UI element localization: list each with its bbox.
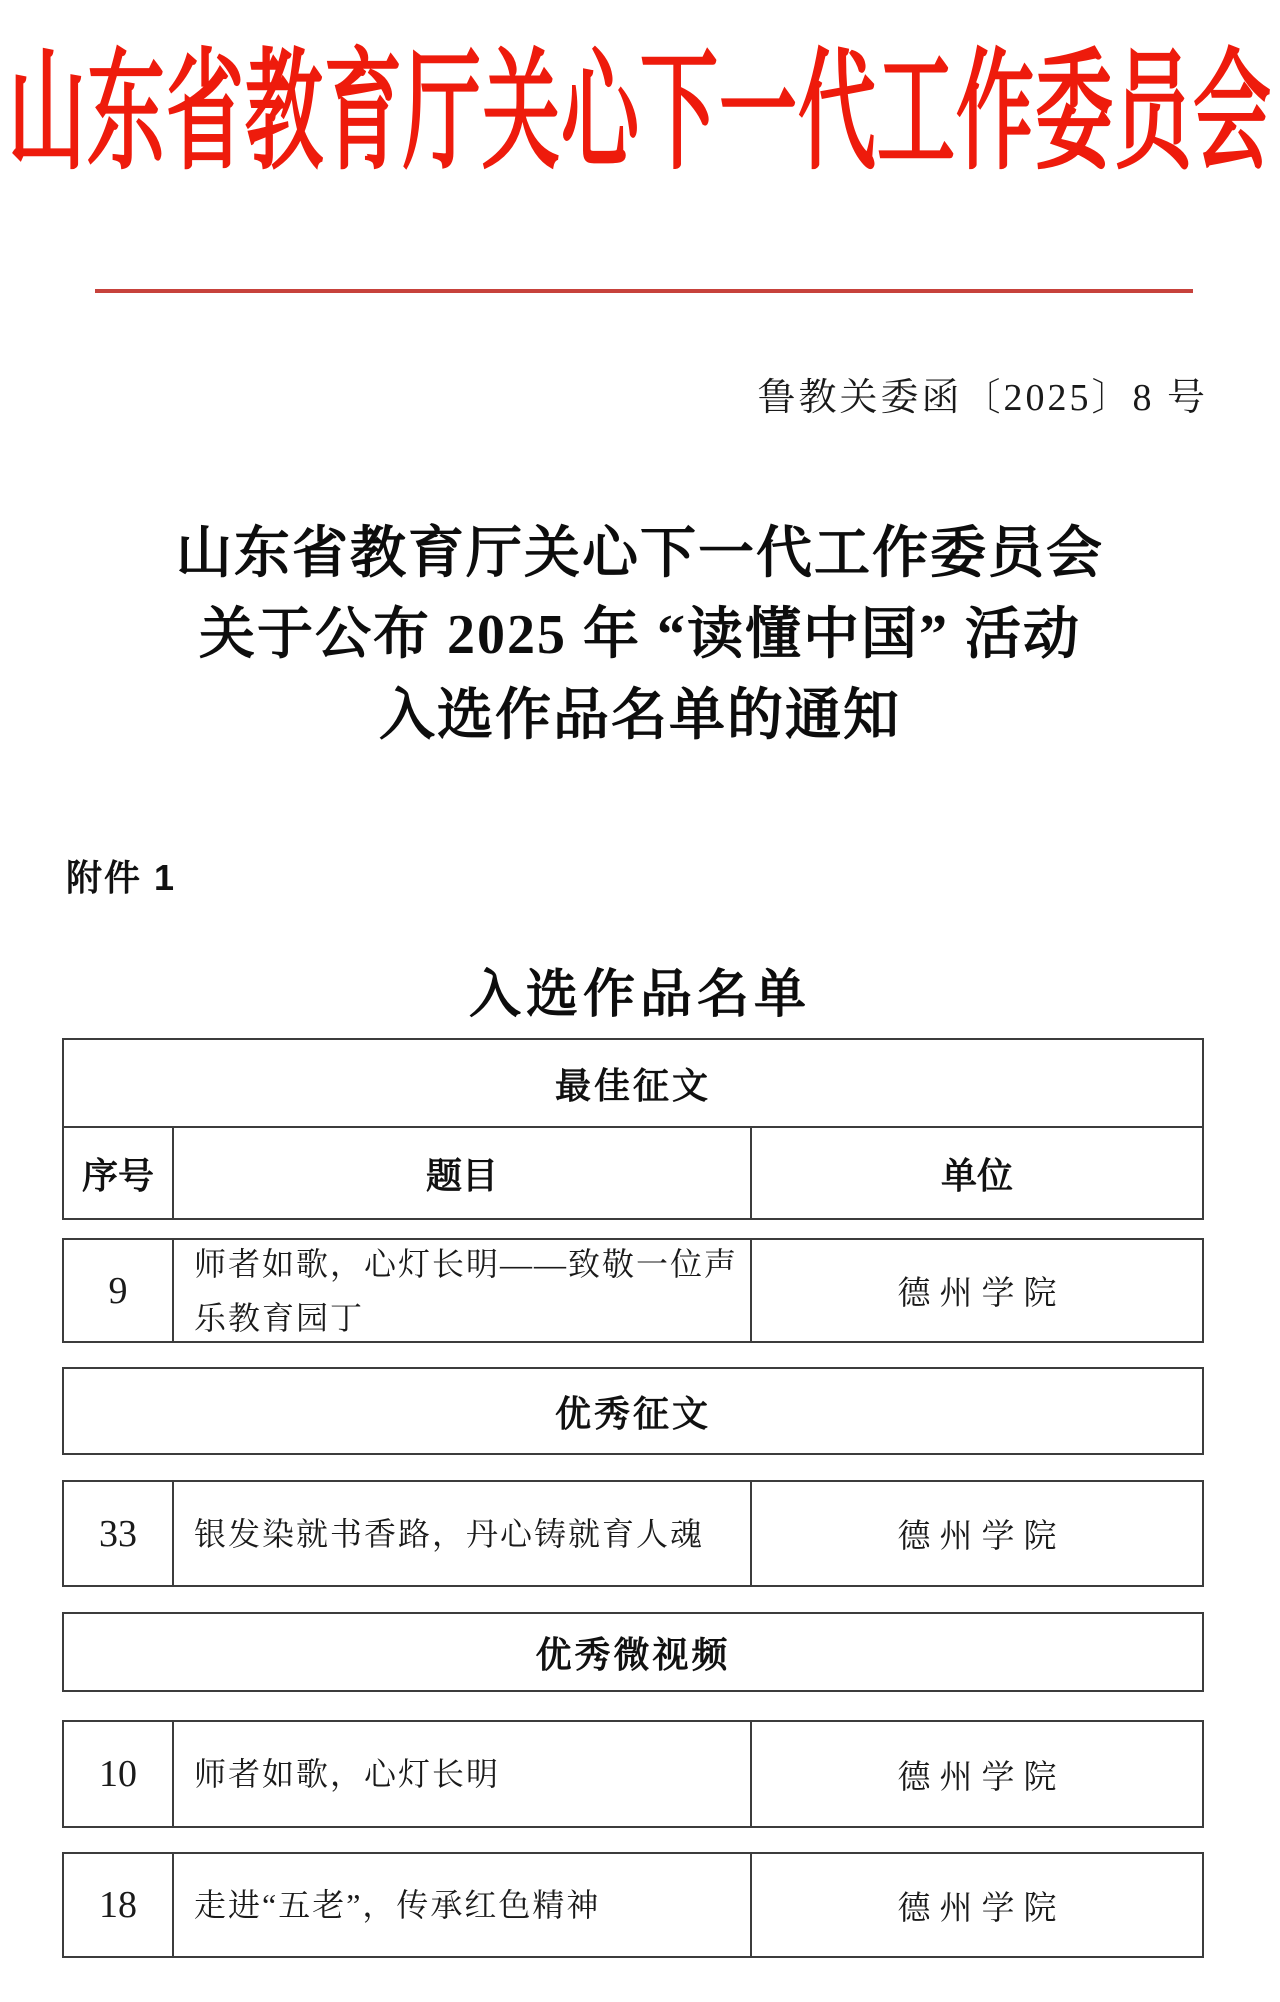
notice-title-line-2: 关于公布 2025 年 “读懂中国” 活动 (0, 595, 1280, 676)
section-header-excellent-videos: 优秀微视频 (64, 1614, 1202, 1690)
attachment-label: 附件 1 (66, 850, 176, 901)
table-row-content: 9 师者如歌，心灯长明——致敬一位声乐教育园丁 德州学院 (64, 1240, 1202, 1341)
row-number-cell: 9 (64, 1240, 174, 1341)
table-section-excellent-videos: 优秀微视频 (62, 1612, 1204, 1692)
table-row-content: 33 银发染就书香路，丹心铸就育人魂 德州学院 (64, 1482, 1202, 1585)
table-section-best-essays: 最佳征文 序号 题目 单位 (62, 1038, 1204, 1220)
column-header-unit: 单位 (752, 1128, 1202, 1218)
row-unit-cell: 德州学院 (752, 1722, 1202, 1826)
notice-title-line-3: 入选作品名单的通知 (0, 676, 1280, 757)
row-title-cell: 走进“五老”，传承红色精神 (174, 1854, 752, 1956)
notice-title: 山东省教育厅关心下一代工作委员会 关于公布 2025 年 “读懂中国” 活动 入… (0, 514, 1280, 757)
section-header-label: 最佳征文 (555, 1058, 711, 1109)
row-number-cell: 10 (64, 1722, 174, 1826)
document-number: 鲁教关委函〔2025〕8 号 (757, 366, 1208, 421)
document-page: 山东省教育厅关心下一代工作委员会 鲁教关委函〔2025〕8 号 山东省教育厅关心… (0, 0, 1280, 2002)
notice-title-line-1: 山东省教育厅关心下一代工作委员会 (0, 514, 1280, 595)
section-header-excellent-essays: 优秀征文 (64, 1369, 1202, 1453)
letterhead-title: 山东省教育厅关心下一代工作委员会 (0, 46, 1280, 180)
table-section-excellent-essays: 优秀征文 (62, 1367, 1204, 1455)
table-row: 10 师者如歌，心灯长明 德州学院 (62, 1720, 1204, 1828)
column-header-number: 序号 (64, 1128, 174, 1218)
row-number-cell: 33 (64, 1482, 174, 1585)
table-row: 18 走进“五老”，传承红色精神 德州学院 (62, 1852, 1204, 1958)
row-title-cell: 师者如歌，心灯长明——致敬一位声乐教育园丁 (174, 1240, 752, 1341)
table-row: 33 银发染就书香路，丹心铸就育人魂 德州学院 (62, 1480, 1204, 1587)
column-header-row: 序号 题目 单位 (64, 1126, 1202, 1218)
row-unit-cell: 德州学院 (752, 1854, 1202, 1956)
row-title-cell: 银发染就书香路，丹心铸就育人魂 (174, 1482, 752, 1585)
red-divider (95, 289, 1193, 293)
row-unit-cell: 德州学院 (752, 1482, 1202, 1585)
row-number-cell: 18 (64, 1854, 174, 1956)
section-header-best-essays: 最佳征文 (64, 1040, 1202, 1126)
row-title-cell: 师者如歌，心灯长明 (174, 1722, 752, 1826)
row-unit-cell: 德州学院 (752, 1240, 1202, 1341)
table-row-content: 18 走进“五老”，传承红色精神 德州学院 (64, 1854, 1202, 1956)
table-row: 9 师者如歌，心灯长明——致敬一位声乐教育园丁 德州学院 (62, 1238, 1204, 1343)
table-row-content: 10 师者如歌，心灯长明 德州学院 (64, 1722, 1202, 1826)
section-header-label: 优秀征文 (555, 1386, 711, 1437)
selected-works-list-title: 入选作品名单 (0, 952, 1280, 1027)
column-header-title: 题目 (174, 1128, 752, 1218)
selected-works-table: 最佳征文 序号 题目 单位 9 师者如歌，心灯长明——致敬一位声乐教育园丁 德州… (62, 1038, 1204, 1958)
section-header-label: 优秀微视频 (535, 1627, 730, 1678)
